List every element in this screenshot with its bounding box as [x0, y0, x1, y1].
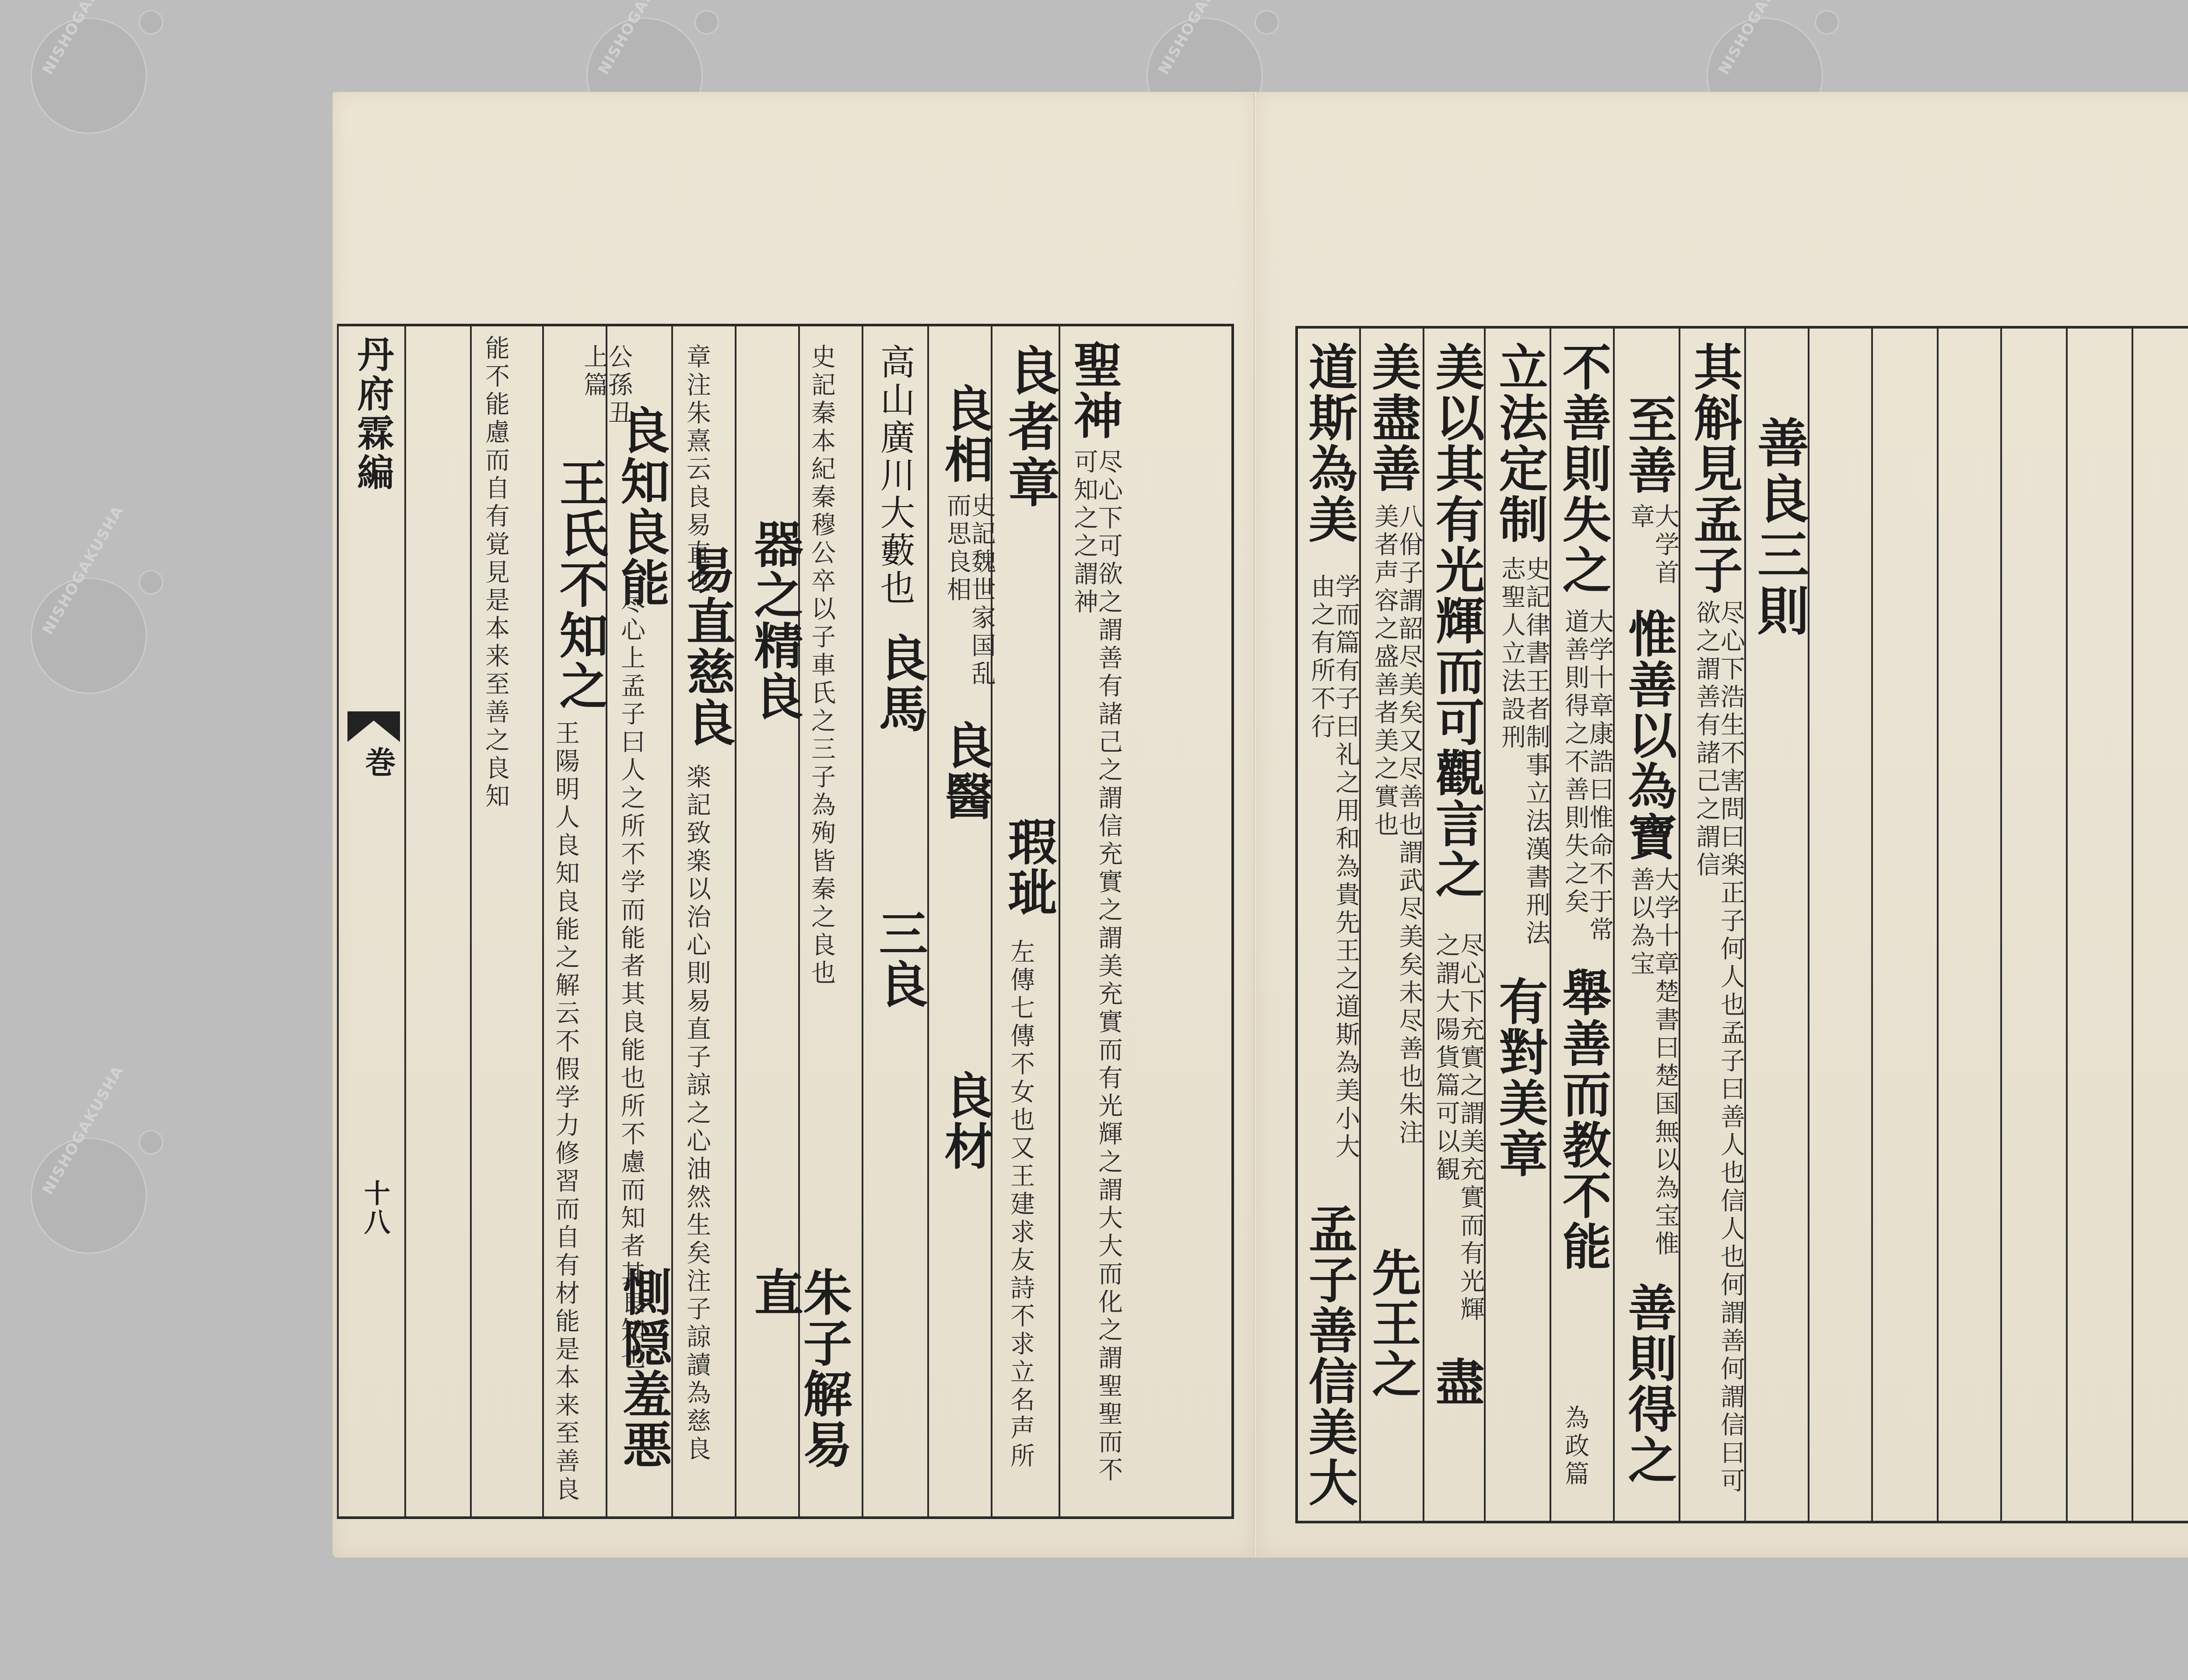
text-column: 惻隠羞悪 [619, 1267, 668, 1508]
text-note: 史記秦本紀秦穆公卒以子車氏之三子為殉皆秦之良也 [809, 344, 834, 1508]
text-column: 有對美章 [1495, 976, 1544, 1512]
watermark-logo: NISHOGAKUSHA [31, 1137, 147, 1254]
watermark-logo: NISHOGAKUSHA [31, 577, 147, 694]
text-note: 大学十章楚書曰楚国無以為宝惟善以為宝 [1628, 867, 1677, 1260]
text-note: 史記律書王者制事立法漢書刑法志聖人立法設刑 [1499, 556, 1548, 950]
left-hashira-title: 丹府霖編 [347, 335, 400, 493]
text-note: 大学首章 [1628, 504, 1677, 609]
column-rule [404, 326, 406, 1516]
text-note: 尽心下可欲之謂善有諸己之謂信充實之謂美充實而有光輝之謂大大而化之謂聖聖而不可知之… [1072, 449, 1121, 1508]
text-note: 尽心下浩生不害問曰楽正子何人也孟子曰善人也信人也何謂善何謂信曰可欲之謂善有諸己之… [1694, 600, 1743, 1512]
text-column: 美以其有光輝而可觀言之 [1431, 342, 1480, 910]
column-rule [542, 326, 544, 1516]
text-note: 王陽明人良知良能之解云不假学力修習而自有材能是本来至善良 [553, 720, 578, 1508]
text-column: 三良 [875, 908, 924, 1508]
text-column: 能不能慮而自有覚見是本来至善之良知 [483, 335, 508, 1508]
text-note: 尽心下充實之謂美充實而有光輝之謂大陽貨篇可以観 [1434, 932, 1483, 1326]
column-rule [1937, 329, 1939, 1521]
text-column: 盡 [1431, 1357, 1480, 1512]
open-book: 丹府霖編 巻 十八 能不能慮而自有覚見是本来至善之良知 公孫丑上篇 王氏不知之 … [333, 92, 2188, 1557]
text-column: 先王之 [1368, 1247, 1417, 1512]
right-text-frame: 道斯為美 学而篇有子曰礼之用和為貴先王之道斯為美小大由之有所不行 孟子善信美大 … [1295, 326, 2188, 1523]
column-rule [862, 326, 863, 1516]
left-hashira-volume: 巻 [356, 746, 400, 780]
column-rule [2000, 329, 2002, 1521]
text-note: 左傳七傳不女也又王建求友詩不求立名声所 [1008, 939, 1033, 1508]
fishtail-mark [347, 711, 400, 742]
left-page: 丹府霖編 巻 十八 能不能慮而自有覚見是本来至善之良知 公孫丑上篇 王氏不知之 … [333, 92, 1256, 1557]
watermark-logo: NISHOGAKUSHA [31, 17, 147, 134]
text-column: 良材 [940, 1070, 989, 1508]
text-note: 学而篇有子曰礼之用和為貴先王之道斯為美小大由之有所不行 [1309, 574, 1358, 1186]
text-note: 八佾子謂韶尽美矣又尽善也謂武尽美矣未尽善也朱注美者声容之盛善者美之實也 [1372, 504, 1421, 1160]
text-note: 史記魏世家国乱而思良相 [945, 493, 994, 711]
column-rule [470, 326, 472, 1516]
left-text-frame: 丹府霖編 巻 十八 能不能慮而自有覚見是本来至善之良知 公孫丑上篇 王氏不知之 … [337, 324, 1234, 1519]
text-note: 楽記致楽以治心則易直子諒之心油然生矣注子諒讀為慈良 [684, 764, 709, 1508]
column-rule [735, 326, 736, 1516]
column-rule [1871, 329, 1873, 1521]
column-rule [2132, 329, 2133, 1521]
text-column: 孟子善信美大 [1304, 1204, 1353, 1512]
right-page: 道斯為美 学而篇有子曰礼之用和為貴先王之道斯為美小大由之有所不行 孟子善信美大 … [1256, 92, 2188, 1557]
left-hashira-page-number: 十八 [356, 1179, 394, 1237]
text-column: 善則得之 [1624, 1282, 1673, 1512]
column-rule [2066, 329, 2068, 1521]
section-heading: 善良三則 [1753, 416, 1805, 1512]
text-note: 為政篇 [1563, 1405, 1587, 1512]
text-note: 大学十章康誥曰惟命不于常道善則得之不善則失之矣 [1563, 609, 1612, 950]
